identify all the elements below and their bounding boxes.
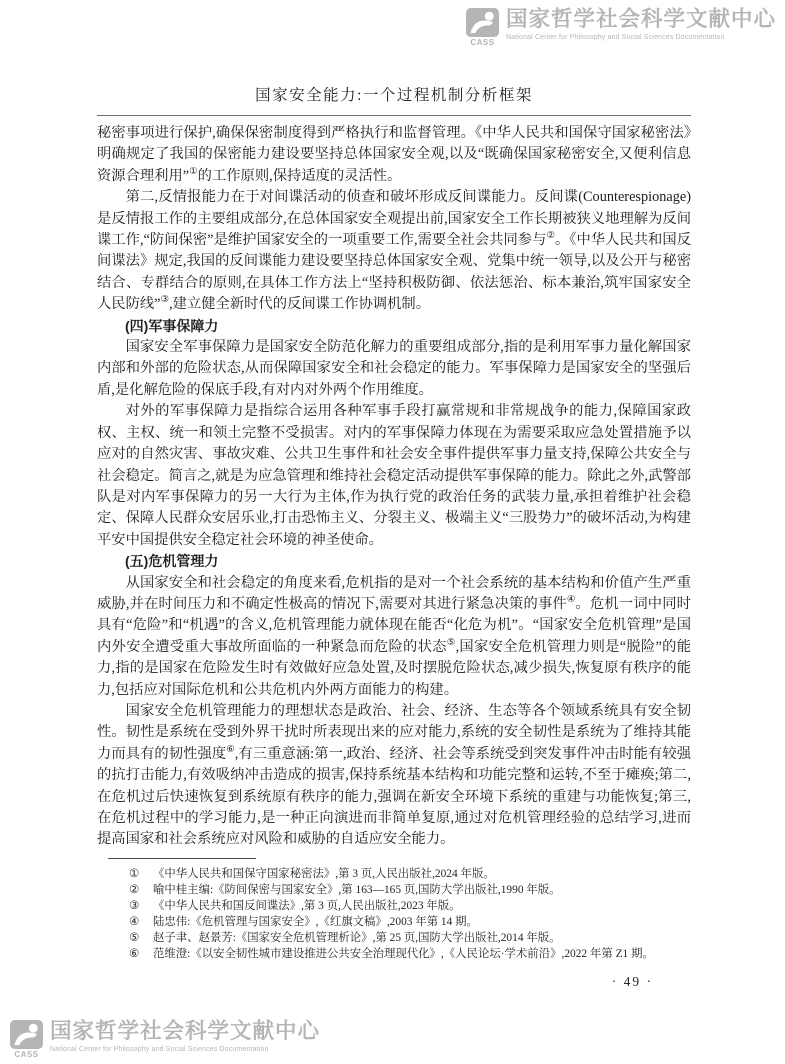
title-divider (97, 115, 691, 116)
footer-logo: CASS 国家哲学社会科学文献中心 National Center for Ph… (9, 1019, 320, 1059)
article-body: 秘密事项进行保护,确保保密制度得到严格执行和监督管理。《中华人民共和国保守国家秘… (97, 123, 691, 851)
footnote-text: 陆忠伟:《危机管理与国家安全》,《红旗文稿》,2003 年第 14 期。 (153, 914, 691, 930)
body-paragraph: 国家安全危机管理能力的理想状态是政治、社会、经济、生态等各个领域系统具有安全韧性… (97, 701, 691, 851)
article-column: 国家安全能力:一个过程机制分析框架 秘密事项进行保护,确保保密制度得到严格执行和… (97, 0, 691, 990)
page-number: · 49 · (97, 974, 691, 990)
footnote-marker: ③ (129, 898, 153, 914)
footnote-marker: ② (129, 882, 153, 898)
footnote-item: ③《中华人民共和国反间谍法》,第 3 页,人民出版社,2023 年版。 (97, 898, 691, 914)
footnote-text: 赵子聿、赵景芳:《国家安全危机管理析论》,第 25 页,国防大学出版社,2014… (153, 930, 691, 946)
section-heading: (四)军事保障力 (97, 316, 691, 337)
footnote-marker: ⑥ (129, 946, 153, 962)
logo-name-cn: 国家哲学社会科学文献中心 (50, 1019, 320, 1044)
footnote-marker: ⑤ (129, 930, 153, 946)
footnote-text: 《中华人民共和国保守国家秘密法》,第 3 页,人民出版社,2024 年版。 (153, 866, 691, 882)
body-paragraph: 国家安全军事保障力是国家安全防范化解力的重要组成部分,指的是利用军事力量化解国家… (97, 337, 691, 401)
logo-names: 国家哲学社会科学文献中心 National Center for Philoso… (50, 1019, 320, 1053)
body-paragraph: 从国家安全和社会稳定的角度来看,危机指的是对一个社会系统的基本结构和价值产生严重… (97, 573, 691, 701)
footnote-item: ⑥范维澄:《以安全韧性城市建设推进公共安全治理现代化》,《人民论坛·学术前沿》,… (97, 946, 691, 962)
running-head-title: 国家安全能力:一个过程机制分析框架 (97, 83, 691, 105)
body-paragraph: 对外的军事保障力是指综合运用各种军事手段打赢常规和非常规战争的能力,保障国家政权… (97, 401, 691, 551)
section-heading: (五)危机管理力 (97, 551, 691, 572)
footnote-item: ⑤赵子聿、赵景芳:《国家安全危机管理析论》,第 25 页,国防大学出版社,201… (97, 930, 691, 946)
footnote-marker: ① (129, 866, 153, 882)
footnote-item: ①《中华人民共和国保守国家秘密法》,第 3 页,人民出版社,2024 年版。 (97, 866, 691, 882)
logo-name-en: National Center for Philosophy and Socia… (50, 1046, 320, 1053)
footnote-divider (108, 858, 256, 859)
footnote-item: ②喻中桂主编:《防间保密与国家安全》,第 163—165 页,国防大学出版社,1… (97, 882, 691, 898)
cass-abbr-label: CASS (14, 1051, 38, 1059)
footnote-text: 范维澄:《以安全韧性城市建设推进公共安全治理现代化》,《人民论坛·学术前沿》,2… (153, 946, 691, 962)
cass-logo-icon (9, 1019, 44, 1050)
footnote-item: ④陆忠伟:《危机管理与国家安全》,《红旗文稿》,2003 年第 14 期。 (97, 914, 691, 930)
footnote-text: 喻中桂主编:《防间保密与国家安全》,第 163—165 页,国防大学出版社,19… (153, 882, 691, 898)
document-page: CASS 国家哲学社会科学文献中心 National Center for Ph… (0, 0, 785, 1064)
body-paragraph: 秘密事项进行保护,确保保密制度得到严格执行和监督管理。《中华人民共和国保守国家秘… (97, 123, 691, 187)
footnote-text: 《中华人民共和国反间谍法》,第 3 页,人民出版社,2023 年版。 (153, 898, 691, 914)
cass-logo-mark: CASS (9, 1019, 44, 1059)
footnote-list: ①《中华人民共和国保守国家秘密法》,第 3 页,人民出版社,2024 年版。②喻… (97, 866, 691, 963)
body-paragraph: 第二,反情报能力在于对间谍活动的侦查和破坏形成反间谍能力。反间谍(Counter… (97, 187, 691, 315)
footnote-marker: ④ (129, 914, 153, 930)
